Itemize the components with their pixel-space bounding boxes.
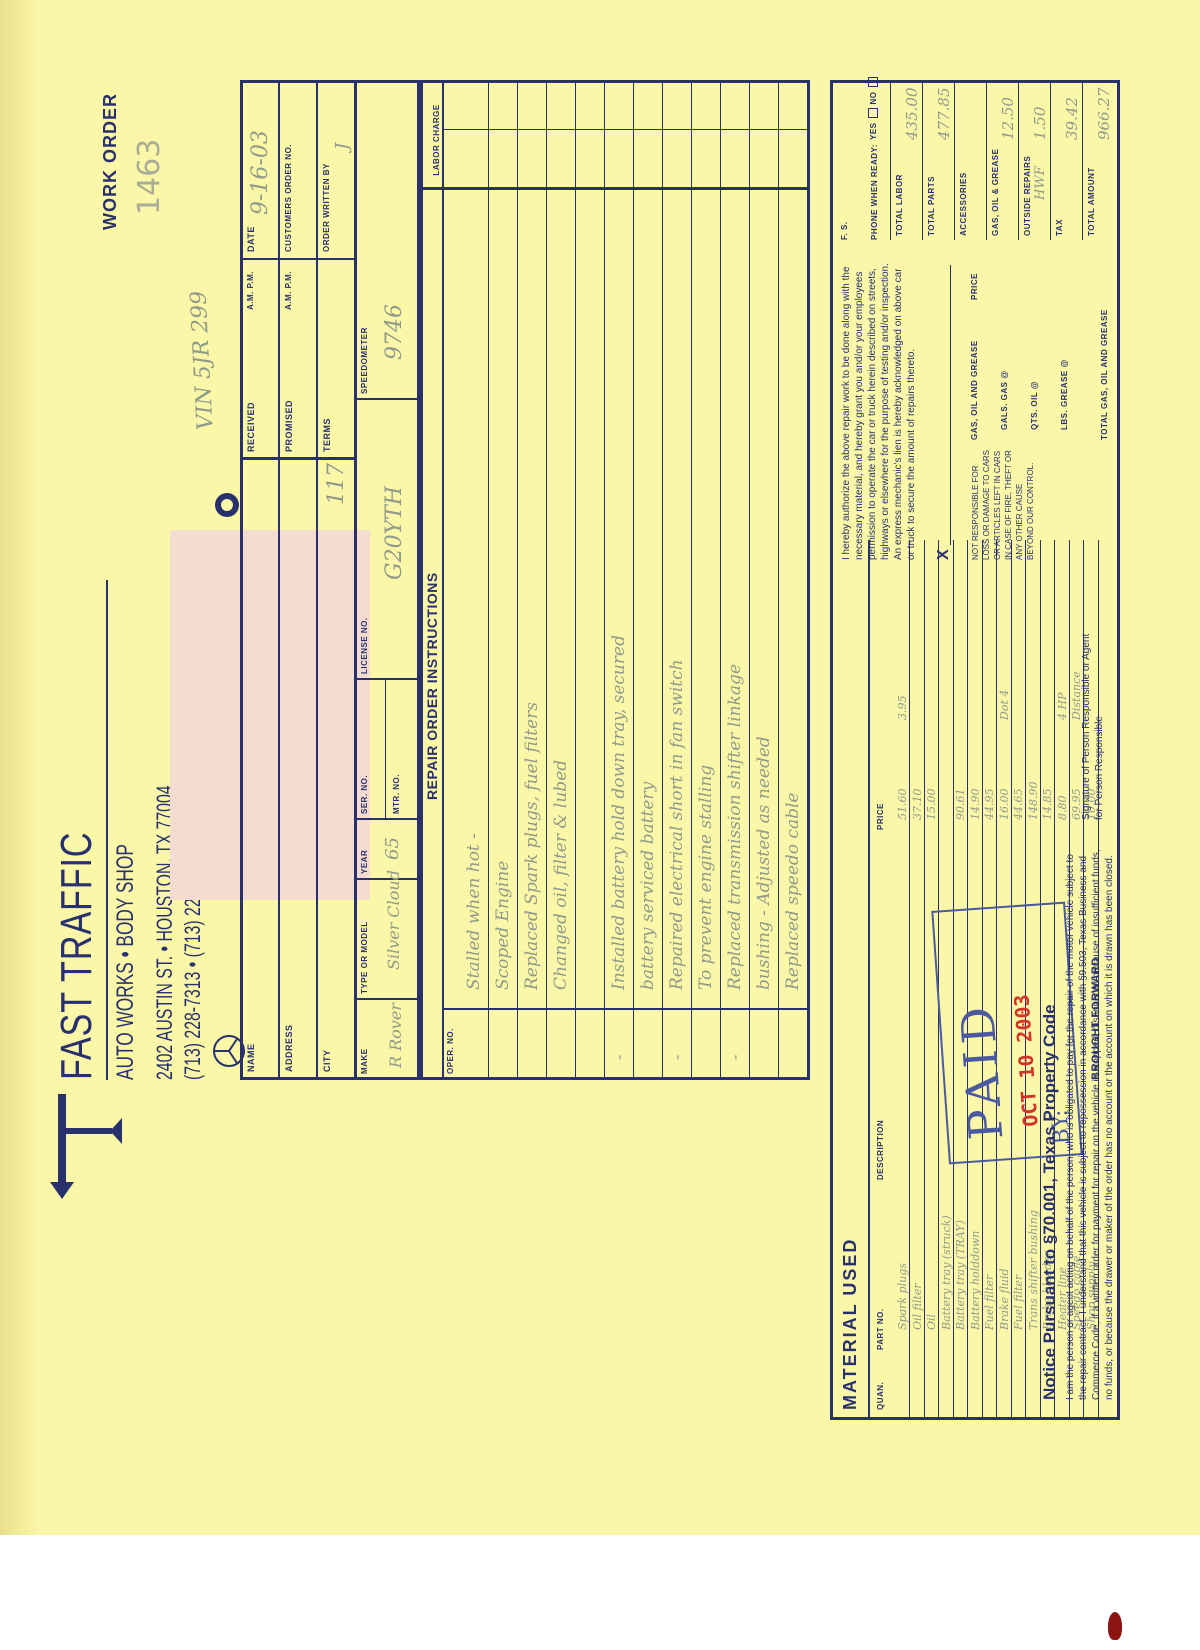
paid-stamp-text: PAID xyxy=(950,999,1014,1141)
red-ink-blot xyxy=(1108,1612,1122,1640)
totals-label: OUTSIDE REPAIRS xyxy=(1023,156,1032,236)
material-description: Spark plugs xyxy=(896,1263,909,1330)
repair-text: battery serviced battery xyxy=(638,782,658,990)
material-row: Oil filter37.10 xyxy=(911,540,925,1420)
material-price: 148.90 xyxy=(1027,782,1040,821)
totals-value: 966.27 xyxy=(1095,88,1113,141)
fs-label: F. S. xyxy=(840,221,849,240)
city-value: 117 xyxy=(324,463,349,505)
phone-no-checkbox[interactable] xyxy=(868,77,878,87)
license-value: G20YTH xyxy=(382,486,407,580)
make-label: MAKE xyxy=(360,1048,369,1074)
totals-row: TAX39.42 xyxy=(1050,80,1082,240)
notice-body: I am the person or agent acting on behal… xyxy=(1064,840,1116,1400)
year-label: YEAR xyxy=(360,850,369,874)
received-label: RECEIVED xyxy=(246,402,256,452)
make-value: R Rover xyxy=(386,1003,405,1068)
repair-text: Scoped Engine xyxy=(493,861,513,990)
work-order-number: 1463 xyxy=(132,139,167,215)
city-label: CITY xyxy=(322,1049,332,1072)
material-price: 16.00 xyxy=(998,789,1011,821)
oper-no-header: OPER. NO. xyxy=(446,1028,455,1074)
repair-oper: - xyxy=(609,1055,628,1060)
repair-oper: - xyxy=(725,1055,744,1060)
signature-label: Signature of Person Responsible or Agent… xyxy=(1080,620,1106,820)
date-label: DATE xyxy=(246,226,256,252)
totals-row: OUTSIDE REPAIRSHWF1.50 xyxy=(1018,80,1050,240)
order-written-by-label: ORDER WRITTEN BY xyxy=(322,163,331,252)
repair-line: -Repaired electrical short in fan switch xyxy=(663,80,692,1080)
repair-line: battery serviced batterylabor45.00 xyxy=(634,80,663,1080)
ser-no-label: SER. NO. xyxy=(360,775,369,814)
material-used-title: MATERIAL USED xyxy=(840,1238,861,1410)
repair-line xyxy=(576,80,605,1080)
type-model-value: Silver Cloud xyxy=(384,870,403,970)
material-price: 90.61 xyxy=(954,789,967,821)
gog-row-gas: GALS. GAS @ xyxy=(1000,370,1009,430)
material-price: 14.90 xyxy=(969,789,982,821)
totals-value: 12.50 xyxy=(999,97,1017,140)
totals-row: TOTAL AMOUNT966.27 xyxy=(1082,80,1114,240)
material-price: 44.95 xyxy=(983,789,996,821)
address-label: ADDRESS xyxy=(284,1024,294,1072)
col-description: DESCRIPTION xyxy=(876,1120,885,1180)
material-extra: 3.95 xyxy=(896,696,909,721)
material-price: 8.80 xyxy=(1056,796,1069,821)
authorization-x: X xyxy=(935,549,953,560)
repair-line: Scoped Engine xyxy=(489,80,518,1080)
material-price: 51.60 xyxy=(896,789,909,821)
totals-label: TOTAL LABOR xyxy=(895,174,904,236)
rolls-royce-badge-icon xyxy=(212,490,242,520)
repair-line: Replaced Spark plugs, fuel filters xyxy=(518,80,547,1080)
material-price: 44.65 xyxy=(1012,789,1025,821)
gog-total: TOTAL GAS, OIL AND GREASE xyxy=(1100,309,1109,440)
repair-line: bushing - Adjusted as needed xyxy=(750,80,779,1080)
received-ampm: A.M. P.M. xyxy=(246,271,255,310)
repair-text: Installed battery hold down tray, secure… xyxy=(609,635,629,990)
phone-when-ready-label: PHONE WHEN READY: xyxy=(870,144,879,240)
totals-label: TOTAL PARTS xyxy=(927,176,936,236)
business-tagline: AUTO WORKS • BODY SHOP xyxy=(112,844,140,1080)
paper-edge-stain xyxy=(0,0,40,1535)
document-title: WORK ORDER xyxy=(100,93,121,230)
repair-text: Stalled when hot - xyxy=(464,833,484,990)
speedometer-label: SPEEDOMETER xyxy=(360,327,369,394)
phone-yes-label: YES xyxy=(869,122,878,140)
col-quan: QUAN. xyxy=(876,1382,885,1410)
gog-row-grease: LBS. GREASE @ xyxy=(1060,359,1069,430)
phone-yes-checkbox[interactable] xyxy=(868,108,878,118)
totals-row: TOTAL PARTS477.85 xyxy=(922,80,954,240)
repair-line: Changed oil, filter & lubedlabor120.00 xyxy=(547,80,576,1080)
labor-charge-header: LABOR CHARGE xyxy=(432,95,441,185)
totals-note: HWF xyxy=(1033,166,1048,200)
year-value: 65 xyxy=(382,837,403,860)
phone-no-label: NO xyxy=(869,91,878,104)
totals-row: ACCESSORIES xyxy=(954,80,986,240)
material-description: Oil filter xyxy=(911,1283,924,1330)
repair-order-title: REPAIR ORDER INSTRUCTIONS xyxy=(424,572,440,800)
material-price: 37.10 xyxy=(911,789,924,821)
repair-line: Stalled when hot - xyxy=(460,80,489,1080)
business-name: FAST TRAFFIC xyxy=(52,832,102,1080)
repair-line: -Installed battery hold down tray, secur… xyxy=(605,80,634,1080)
material-description: Fuel filter xyxy=(1012,1275,1025,1330)
mtr-no-label: MTR. NO. xyxy=(392,774,401,814)
brand-underline xyxy=(106,580,108,1080)
material-description: Battery tray (struck) xyxy=(940,1215,953,1330)
repair-text: bushing - Adjusted as needed xyxy=(754,736,774,990)
totals-label: GAS, OIL & GREASE xyxy=(991,149,1000,236)
order-written-by-value: J xyxy=(332,143,353,150)
work-order-form: FAST TRAFFIC AUTO WORKS • BODY SHOP 2402… xyxy=(40,60,1140,1440)
repair-oper: - xyxy=(667,1055,686,1060)
totals-value: 477.85 xyxy=(935,88,953,141)
material-description: Oil xyxy=(925,1314,938,1330)
gog-row-oil: QTS. OIL @ xyxy=(1030,381,1039,430)
promised-label: PROMISED xyxy=(284,400,294,452)
col-price: PRICE xyxy=(876,803,885,830)
gog-price-header: PRICE xyxy=(970,273,979,300)
totals-row: TOTAL LABOR435.00 xyxy=(890,80,922,240)
totals-label: TOTAL AMOUNT xyxy=(1087,167,1096,236)
material-description: Brake fluid xyxy=(998,1268,1011,1330)
totals-label: ACCESSORIES xyxy=(959,172,968,236)
material-description: Battery tray (TRAY) xyxy=(954,1220,967,1330)
customers-order-label: CUSTOMERS ORDER NO. xyxy=(284,144,293,252)
totals-label: TAX xyxy=(1055,219,1064,236)
repair-text: Replaced speedo cable xyxy=(783,793,803,990)
repair-text: Repaired electrical short in fan switch xyxy=(667,659,687,990)
paid-stamp-date: OCT 10 2003 xyxy=(1009,994,1042,1128)
date-value: 9-16-03 xyxy=(248,130,273,215)
name-label: NAME xyxy=(246,1044,256,1073)
repair-line: Replaced speedo cablelabor65.00 xyxy=(779,80,808,1080)
gog-title: GAS, OIL AND GREASE xyxy=(970,340,979,440)
repair-text: Replaced Spark plugs, fuel filters xyxy=(522,702,542,990)
material-description: Battery holddown xyxy=(969,1231,982,1330)
totals-value: 39.42 xyxy=(1063,97,1081,140)
promised-ampm: A.M. P.M. xyxy=(284,271,293,310)
repair-line: To prevent engine stallinglabor65.00 xyxy=(692,80,721,1080)
repair-line: -Replaced transmission shifter linkagela… xyxy=(721,80,750,1080)
material-description: Trans shifter bushing xyxy=(1027,1210,1040,1330)
material-price: 15.00 xyxy=(925,789,938,821)
repair-text: Changed oil, filter & lubed xyxy=(551,760,571,990)
totals-row: GAS, OIL & GREASE12.50 xyxy=(986,80,1018,240)
arrow-logo-icon xyxy=(42,1084,122,1204)
totals-value: 435.00 xyxy=(903,88,921,141)
repair-text: Replaced transmission shifter linkage xyxy=(725,664,745,990)
material-description: Fuel filter xyxy=(983,1275,996,1330)
repair-text: To prevent engine stalling xyxy=(696,765,716,990)
material-extra: Dot 4 xyxy=(998,690,1011,720)
col-part-no: PART NO. xyxy=(876,1308,885,1350)
speedometer-value: 9746 xyxy=(382,304,407,360)
vin-note: VIN 5JR 299 xyxy=(186,290,218,430)
notice-title: Notice Pursuant to §70.001, Texas Proper… xyxy=(1040,1004,1060,1400)
material-row: Spark plugs51.603.95 xyxy=(896,540,910,1420)
material-extra: 4 HP xyxy=(1056,693,1069,721)
terms-label: TERMS xyxy=(322,418,332,452)
not-responsible-text: NOT RESPONSIBLE FOR LOSS OR DAMAGE TO CA… xyxy=(970,450,1036,560)
authorization-text: I hereby authorize the above repair work… xyxy=(840,260,918,560)
type-model-label: TYPE OR MODEL xyxy=(360,921,369,994)
license-label: LICENSE NO. xyxy=(360,617,369,674)
material-price: 14.85 xyxy=(1041,789,1054,821)
totals-value: 1.50 xyxy=(1031,107,1049,140)
